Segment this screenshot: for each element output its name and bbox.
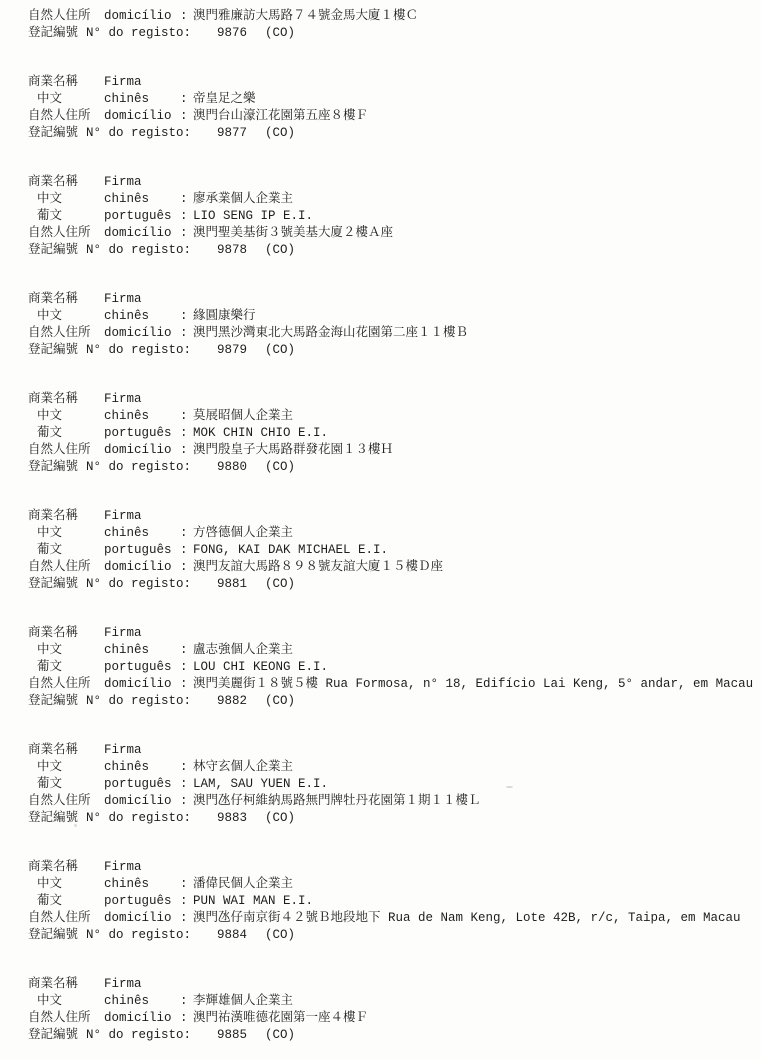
portuguese-label-pt: português <box>104 425 180 442</box>
colon-separator: : <box>180 208 193 225</box>
registo-label-zh: 登記編號 <box>28 342 86 359</box>
firma-label-zh: 商業名稱 <box>28 74 104 91</box>
scan-artifact-speck <box>74 824 77 827</box>
portuguese-name-value: LIO SENG IP E.I. <box>193 208 313 225</box>
chinese-name-value: 林守玄個人企業主 <box>193 759 293 776</box>
chinese-label-pt: chinês <box>104 642 180 659</box>
firma-header-line: 商業名稱 Firma <box>28 174 751 191</box>
portuguese-name-line: 葡文 português : LOU CHI KEONG E.I. <box>28 659 751 676</box>
registo-suffix: (CO) <box>265 693 295 710</box>
chinese-label-zh: 中文 <box>28 191 104 208</box>
registo-number: 9878 <box>217 242 247 259</box>
registo-line: 登記編號 N° do registo: 9878 (CO) <box>28 242 751 259</box>
domicilio-value: 澳門祐漢唯德花園第一座４樓Ｆ <box>193 1010 368 1027</box>
colon-separator: : <box>180 425 193 442</box>
colon-separator: : <box>180 793 193 810</box>
scan-artifact-speck <box>506 786 513 788</box>
domicilio-label-pt: domicílio <box>104 1010 180 1027</box>
registo-label-pt: N° do registo: <box>86 25 191 42</box>
registo-label-pt: N° do registo: <box>86 693 191 710</box>
registo-suffix: (CO) <box>265 25 295 42</box>
registo-label-zh: 登記編號 <box>28 927 86 944</box>
registo-label-zh: 登記編號 <box>28 125 86 142</box>
chinese-name-value: 潘偉民個人企業主 <box>193 876 293 893</box>
chinese-label-pt: chinês <box>104 191 180 208</box>
colon-separator: : <box>180 559 193 576</box>
domicilio-label-pt: domicílio <box>104 676 180 693</box>
colon-separator: : <box>180 308 193 325</box>
colon-separator: : <box>180 408 193 425</box>
registo-line: 登記編號 N° do registo: 9882 (CO) <box>28 693 751 710</box>
colon-separator: : <box>180 876 193 893</box>
chinese-name-value: 帝皇足之樂 <box>193 91 256 108</box>
registo-line: 登記編號 N° do registo: 9876 (CO) <box>28 25 751 42</box>
firma-label-zh: 商業名稱 <box>28 859 104 876</box>
colon-separator: : <box>180 993 193 1010</box>
chinese-label-pt: chinês <box>104 876 180 893</box>
firma-label-pt: Firma <box>104 625 180 642</box>
registo-suffix: (CO) <box>265 242 295 259</box>
portuguese-name-line: 葡文 português : LIO SENG IP E.I. <box>28 208 751 225</box>
portuguese-label-pt: português <box>104 776 180 793</box>
portuguese-label-zh: 葡文 <box>28 893 104 910</box>
records-list: 商業名稱 Firma 中文 chinês : 帝皇足之樂 自然人住所 domic… <box>28 74 751 1044</box>
colon-separator: : <box>180 442 193 459</box>
registo-suffix: (CO) <box>265 576 295 593</box>
domicilio-label-pt: domicílio <box>104 559 180 576</box>
domicilio-line: 自然人住所 domicílio : 澳門黑沙灣東北大馬路金海山花園第二座１１樓Ｂ <box>28 325 751 342</box>
registo-label-pt: N° do registo: <box>86 459 191 476</box>
portuguese-label-zh: 葡文 <box>28 425 104 442</box>
domicilio-label-zh: 自然人住所 <box>28 676 104 693</box>
chinese-name-line: 中文 chinês : 潘偉民個人企業主 <box>28 876 751 893</box>
registo-label-zh: 登記編號 <box>28 693 86 710</box>
colon-separator: : <box>180 225 193 242</box>
colon-separator: : <box>180 759 193 776</box>
record: 商業名稱 Firma 中文 chinês : 方啓德個人企業主 葡文 portu… <box>28 508 751 593</box>
registo-line: 登記編號 N° do registo: 9879 (CO) <box>28 342 751 359</box>
portuguese-name-line: 葡文 português : PUN WAI MAN E.I. <box>28 893 751 910</box>
portuguese-label-zh: 葡文 <box>28 208 104 225</box>
firma-label-pt: Firma <box>104 742 180 759</box>
record-continued: 自然人住所 domicílio : 澳門雅廉訪大馬路７４號金馬大廈１樓Ｃ 登記編… <box>28 8 751 42</box>
chinese-label-zh: 中文 <box>28 642 104 659</box>
chinese-name-value: 莫展昭個人企業主 <box>193 408 293 425</box>
firma-header-line: 商業名稱 Firma <box>28 625 751 642</box>
chinese-label-pt: chinês <box>104 993 180 1010</box>
registo-suffix: (CO) <box>265 125 295 142</box>
firma-label-zh: 商業名稱 <box>28 742 104 759</box>
registo-number: 9885 <box>217 1027 247 1044</box>
portuguese-label-pt: português <box>104 659 180 676</box>
record: 商業名稱 Firma 中文 chinês : 潘偉民個人企業主 葡文 portu… <box>28 859 751 944</box>
colon-separator: : <box>180 8 193 25</box>
registo-number: 9884 <box>217 927 247 944</box>
record: 商業名稱 Firma 中文 chinês : 盧志強個人企業主 葡文 portu… <box>28 625 751 710</box>
colon-separator: : <box>180 910 193 927</box>
domicilio-line: 自然人住所 domicílio : 澳門友誼大馬路８９８號友誼大廈１５樓Ｄ座 <box>28 559 751 576</box>
registo-label-pt: N° do registo: <box>86 576 191 593</box>
portuguese-name-line: 葡文 português : MOK CHIN CHIO E.I. <box>28 425 751 442</box>
colon-separator: : <box>180 325 193 342</box>
registo-suffix: (CO) <box>265 342 295 359</box>
chinese-label-pt: chinês <box>104 408 180 425</box>
domicilio-label-zh: 自然人住所 <box>28 793 104 810</box>
registo-label-pt: N° do registo: <box>86 342 191 359</box>
chinese-label-zh: 中文 <box>28 525 104 542</box>
chinese-name-line: 中文 chinês : 莫展昭個人企業主 <box>28 408 751 425</box>
colon-separator: : <box>180 542 193 559</box>
portuguese-name-value: LOU CHI KEONG E.I. <box>193 659 328 676</box>
registo-number: 9882 <box>217 693 247 710</box>
chinese-label-zh: 中文 <box>28 993 104 1010</box>
colon-separator: : <box>180 91 193 108</box>
registo-label-zh: 登記編號 <box>28 1027 86 1044</box>
chinese-label-zh: 中文 <box>28 91 104 108</box>
firma-label-zh: 商業名稱 <box>28 291 104 308</box>
firma-label-zh: 商業名稱 <box>28 625 104 642</box>
record: 商業名稱 Firma 中文 chinês : 緣圓康樂行 自然人住所 domic… <box>28 291 751 359</box>
domicilio-label-zh: 自然人住所 <box>28 8 104 25</box>
registo-label-pt: N° do registo: <box>86 927 191 944</box>
chinese-name-line: 中文 chinês : 緣圓康樂行 <box>28 308 751 325</box>
colon-separator: : <box>180 659 193 676</box>
registo-number: 9881 <box>217 576 247 593</box>
registo-number: 9879 <box>217 342 247 359</box>
firma-header-line: 商業名稱 Firma <box>28 976 751 993</box>
registo-number: 9877 <box>217 125 247 142</box>
portuguese-label-zh: 葡文 <box>28 659 104 676</box>
firma-label-pt: Firma <box>104 174 180 191</box>
record: 商業名稱 Firma 中文 chinês : 廖承業個人企業主 葡文 portu… <box>28 174 751 259</box>
record: 商業名稱 Firma 中文 chinês : 莫展昭個人企業主 葡文 portu… <box>28 391 751 476</box>
portuguese-name-line: 葡文 português : FONG, KAI DAK MICHAEL E.I… <box>28 542 751 559</box>
registo-label-pt: N° do registo: <box>86 810 191 827</box>
firma-label-zh: 商業名稱 <box>28 508 104 525</box>
firma-label-zh: 商業名稱 <box>28 174 104 191</box>
registo-line: 登記編號 N° do registo: 9880 (CO) <box>28 459 751 476</box>
firma-label-pt: Firma <box>104 859 180 876</box>
domicilio-line: 自然人住所 domicílio : 澳門台山濠江花園第五座８樓Ｆ <box>28 108 751 125</box>
firma-label-zh: 商業名稱 <box>28 976 104 993</box>
domicilio-label-pt: domicílio <box>104 325 180 342</box>
domicilio-label-pt: domicílio <box>104 225 180 242</box>
domicilio-value: 澳門聖美基街３號美基大廈２樓Ａ座 <box>193 225 393 242</box>
domicilio-label-zh: 自然人住所 <box>28 1010 104 1027</box>
portuguese-name-line: 葡文 português : LAM, SAU YUEN E.I. <box>28 776 751 793</box>
colon-separator: : <box>180 108 193 125</box>
colon-separator: : <box>180 776 193 793</box>
domicilio-label-zh: 自然人住所 <box>28 910 104 927</box>
domicilio-line: 自然人住所 domicílio : 澳門聖美基街３號美基大廈２樓Ａ座 <box>28 225 751 242</box>
registo-label-pt: N° do registo: <box>86 242 191 259</box>
registo-line: 登記編號 N° do registo: 9881 (CO) <box>28 576 751 593</box>
registo-line: 登記編號 N° do registo: 9877 (CO) <box>28 125 751 142</box>
domicilio-label-pt: domicílio <box>104 793 180 810</box>
chinese-name-value: 李輝雄個人企業主 <box>193 993 293 1010</box>
portuguese-label-zh: 葡文 <box>28 542 104 559</box>
portuguese-label-pt: português <box>104 542 180 559</box>
chinese-name-line: 中文 chinês : 盧志強個人企業主 <box>28 642 751 659</box>
chinese-label-zh: 中文 <box>28 876 104 893</box>
registo-label-zh: 登記編號 <box>28 810 86 827</box>
colon-separator: : <box>180 1010 193 1027</box>
chinese-label-pt: chinês <box>104 525 180 542</box>
domicilio-line: 自然人住所 domicílio : 澳門氹仔南京街４２號Ｂ地段地下 Rua de… <box>28 910 751 927</box>
chinese-label-zh: 中文 <box>28 759 104 776</box>
chinese-label-zh: 中文 <box>28 408 104 425</box>
chinese-name-line: 中文 chinês : 李輝雄個人企業主 <box>28 993 751 1010</box>
chinese-label-pt: chinês <box>104 759 180 776</box>
domicilio-value: 澳門雅廉訪大馬路７４號金馬大廈１樓Ｃ <box>193 8 418 25</box>
registo-label-pt: N° do registo: <box>86 1027 191 1044</box>
colon-separator: : <box>180 642 193 659</box>
registo-number: 9880 <box>217 459 247 476</box>
domicilio-label-zh: 自然人住所 <box>28 559 104 576</box>
domicilio-value: 澳門氹仔南京街４２號Ｂ地段地下 Rua de Nam Keng, Lote 42… <box>193 910 741 927</box>
registo-suffix: (CO) <box>265 927 295 944</box>
firma-header-line: 商業名稱 Firma <box>28 391 751 408</box>
registo-number: 9876 <box>217 25 247 42</box>
chinese-label-zh: 中文 <box>28 308 104 325</box>
firma-label-pt: Firma <box>104 74 180 91</box>
portuguese-name-value: MOK CHIN CHIO E.I. <box>193 425 328 442</box>
registo-label-zh: 登記編號 <box>28 242 86 259</box>
portuguese-name-value: FONG, KAI DAK MICHAEL E.I. <box>193 542 388 559</box>
firma-header-line: 商業名稱 Firma <box>28 859 751 876</box>
domicilio-value: 澳門氹仔柯維納馬路無門牌牡丹花園第１期１１樓Ｌ <box>193 793 481 810</box>
record: 商業名稱 Firma 中文 chinês : 林守玄個人企業主 葡文 portu… <box>28 742 751 827</box>
firma-header-line: 商業名稱 Firma <box>28 74 751 91</box>
domicilio-label-zh: 自然人住所 <box>28 225 104 242</box>
domicilio-label-zh: 自然人住所 <box>28 442 104 459</box>
registo-label-zh: 登記編號 <box>28 25 86 42</box>
firma-label-pt: Firma <box>104 391 180 408</box>
registo-label-pt: N° do registo: <box>86 125 191 142</box>
chinese-name-value: 方啓德個人企業主 <box>193 525 293 542</box>
registo-line: 登記編號 N° do registo: 9883 (CO) <box>28 810 751 827</box>
firma-header-line: 商業名稱 Firma <box>28 742 751 759</box>
domicilio-label-pt: domicílio <box>104 442 180 459</box>
domicilio-value: 澳門友誼大馬路８９８號友誼大廈１５樓Ｄ座 <box>193 559 443 576</box>
domicilio-value: 澳門黑沙灣東北大馬路金海山花園第二座１１樓Ｂ <box>193 325 468 342</box>
chinese-name-value: 廖承業個人企業主 <box>193 191 293 208</box>
domicilio-label-zh: 自然人住所 <box>28 108 104 125</box>
registry-document-page: 自然人住所 domicílio : 澳門雅廉訪大馬路７４號金馬大廈１樓Ｃ 登記編… <box>0 0 761 1060</box>
domicilio-line: 自然人住所 domicílio : 澳門殷皇子大馬路群發花園１３樓Ｈ <box>28 442 751 459</box>
firma-label-pt: Firma <box>104 976 180 993</box>
colon-separator: : <box>180 191 193 208</box>
firma-header-line: 商業名稱 Firma <box>28 508 751 525</box>
registo-label-zh: 登記編號 <box>28 576 86 593</box>
colon-separator: : <box>180 676 193 693</box>
domicilio-value: 澳門美麗街１８號５樓 Rua Formosa, n° 18, Edifício … <box>193 676 753 693</box>
record: 商業名稱 Firma 中文 chinês : 帝皇足之樂 自然人住所 domic… <box>28 74 751 142</box>
firma-label-zh: 商業名稱 <box>28 391 104 408</box>
chinese-name-value: 緣圓康樂行 <box>193 308 256 325</box>
domicilio-line: 自然人住所 domicílio : 澳門美麗街１８號５樓 Rua Formosa… <box>28 676 751 693</box>
registo-line: 登記編號 N° do registo: 9884 (CO) <box>28 927 751 944</box>
colon-separator: : <box>180 525 193 542</box>
domicilio-line: 自然人住所 domicílio : 澳門祐漢唯德花園第一座４樓Ｆ <box>28 1010 751 1027</box>
chinese-name-line: 中文 chinês : 方啓德個人企業主 <box>28 525 751 542</box>
chinese-name-line: 中文 chinês : 帝皇足之樂 <box>28 91 751 108</box>
firma-header-line: 商業名稱 Firma <box>28 291 751 308</box>
domicilio-label-pt: domicílio <box>104 910 180 927</box>
domicilio-line: 自然人住所 domicílio : 澳門雅廉訪大馬路７４號金馬大廈１樓Ｃ <box>28 8 751 25</box>
domicilio-value: 澳門台山濠江花園第五座８樓Ｆ <box>193 108 368 125</box>
colon-separator: : <box>180 893 193 910</box>
firma-label-pt: Firma <box>104 508 180 525</box>
domicilio-line: 自然人住所 domicílio : 澳門氹仔柯維納馬路無門牌牡丹花園第１期１１樓… <box>28 793 751 810</box>
record: 商業名稱 Firma 中文 chinês : 李輝雄個人企業主 自然人住所 do… <box>28 976 751 1044</box>
domicilio-label-pt: domicílio <box>104 8 180 25</box>
chinese-name-line: 中文 chinês : 廖承業個人企業主 <box>28 191 751 208</box>
domicilio-label-zh: 自然人住所 <box>28 325 104 342</box>
registo-suffix: (CO) <box>265 810 295 827</box>
chinese-label-pt: chinês <box>104 308 180 325</box>
chinese-label-pt: chinês <box>104 91 180 108</box>
chinese-name-value: 盧志強個人企業主 <box>193 642 293 659</box>
registo-number: 9883 <box>217 810 247 827</box>
portuguese-label-pt: português <box>104 893 180 910</box>
portuguese-label-zh: 葡文 <box>28 776 104 793</box>
registo-label-zh: 登記編號 <box>28 459 86 476</box>
portuguese-name-value: LAM, SAU YUEN E.I. <box>193 776 328 793</box>
domicilio-label-pt: domicílio <box>104 108 180 125</box>
registo-suffix: (CO) <box>265 459 295 476</box>
portuguese-label-pt: português <box>104 208 180 225</box>
registo-line: 登記編號 N° do registo: 9885 (CO) <box>28 1027 751 1044</box>
portuguese-name-value: PUN WAI MAN E.I. <box>193 893 313 910</box>
registo-suffix: (CO) <box>265 1027 295 1044</box>
domicilio-value: 澳門殷皇子大馬路群發花園１３樓Ｈ <box>193 442 393 459</box>
firma-label-pt: Firma <box>104 291 180 308</box>
chinese-name-line: 中文 chinês : 林守玄個人企業主 <box>28 759 751 776</box>
